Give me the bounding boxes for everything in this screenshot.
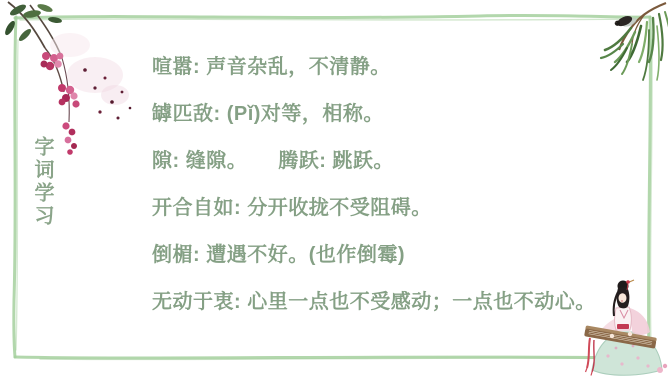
guqin-zither bbox=[584, 325, 657, 348]
vocab-line-kaiheziru: 开合自如: 分开收拢不受阻碍。 bbox=[152, 185, 596, 232]
blossom-buds bbox=[83, 68, 131, 119]
willow-branch bbox=[619, 3, 666, 50]
maiden-skirt bbox=[592, 332, 662, 375]
blossom-leaves bbox=[3, 2, 62, 42]
maiden-belt bbox=[617, 324, 629, 329]
corner-blossom bbox=[657, 364, 667, 373]
maiden-robe bbox=[598, 307, 650, 337]
maiden-hand-left bbox=[610, 334, 614, 338]
vocab-line-daomei: 倒楣: 遭遇不好。(也作倒霉) bbox=[152, 232, 596, 279]
vocab-line-xi-tengyue: 隙: 缝隙。 腾跃: 跳跃。 bbox=[152, 138, 596, 185]
slide-canvas: 字词学习 喧嚣: 声音杂乱，不清静。 罅匹敌: (Pǐ)对等，相称。 隙: 缝隙… bbox=[0, 0, 668, 376]
maiden-hand-right bbox=[628, 332, 632, 336]
vocab-line-pidi: 罅匹敌: (Pǐ)对等，相称。 bbox=[152, 91, 596, 138]
cicada-icon bbox=[614, 13, 638, 32]
maiden-head bbox=[614, 280, 634, 316]
blossom-branches bbox=[8, 2, 69, 122]
vocab-line-xuanxiao: 喧嚣: 声音杂乱，不清静。 bbox=[152, 44, 596, 91]
hairpin-icon bbox=[627, 280, 634, 283]
plum-blossom-decoration bbox=[0, 0, 150, 170]
section-title-vertical: 字词学习 bbox=[28, 136, 57, 228]
vocab-list: 喧嚣: 声音杂乱，不清静。 罅匹敌: (Pǐ)对等，相称。 隙: 缝隙。 腾跃:… bbox=[152, 44, 596, 326]
vocab-line-wudongyuzhong: 无动于衷: 心里一点也不受感动；一点也不动心。 bbox=[152, 279, 596, 326]
red-ribbons bbox=[586, 338, 595, 376]
blossom-wash bbox=[50, 33, 129, 105]
willow-leaves bbox=[601, 12, 668, 80]
